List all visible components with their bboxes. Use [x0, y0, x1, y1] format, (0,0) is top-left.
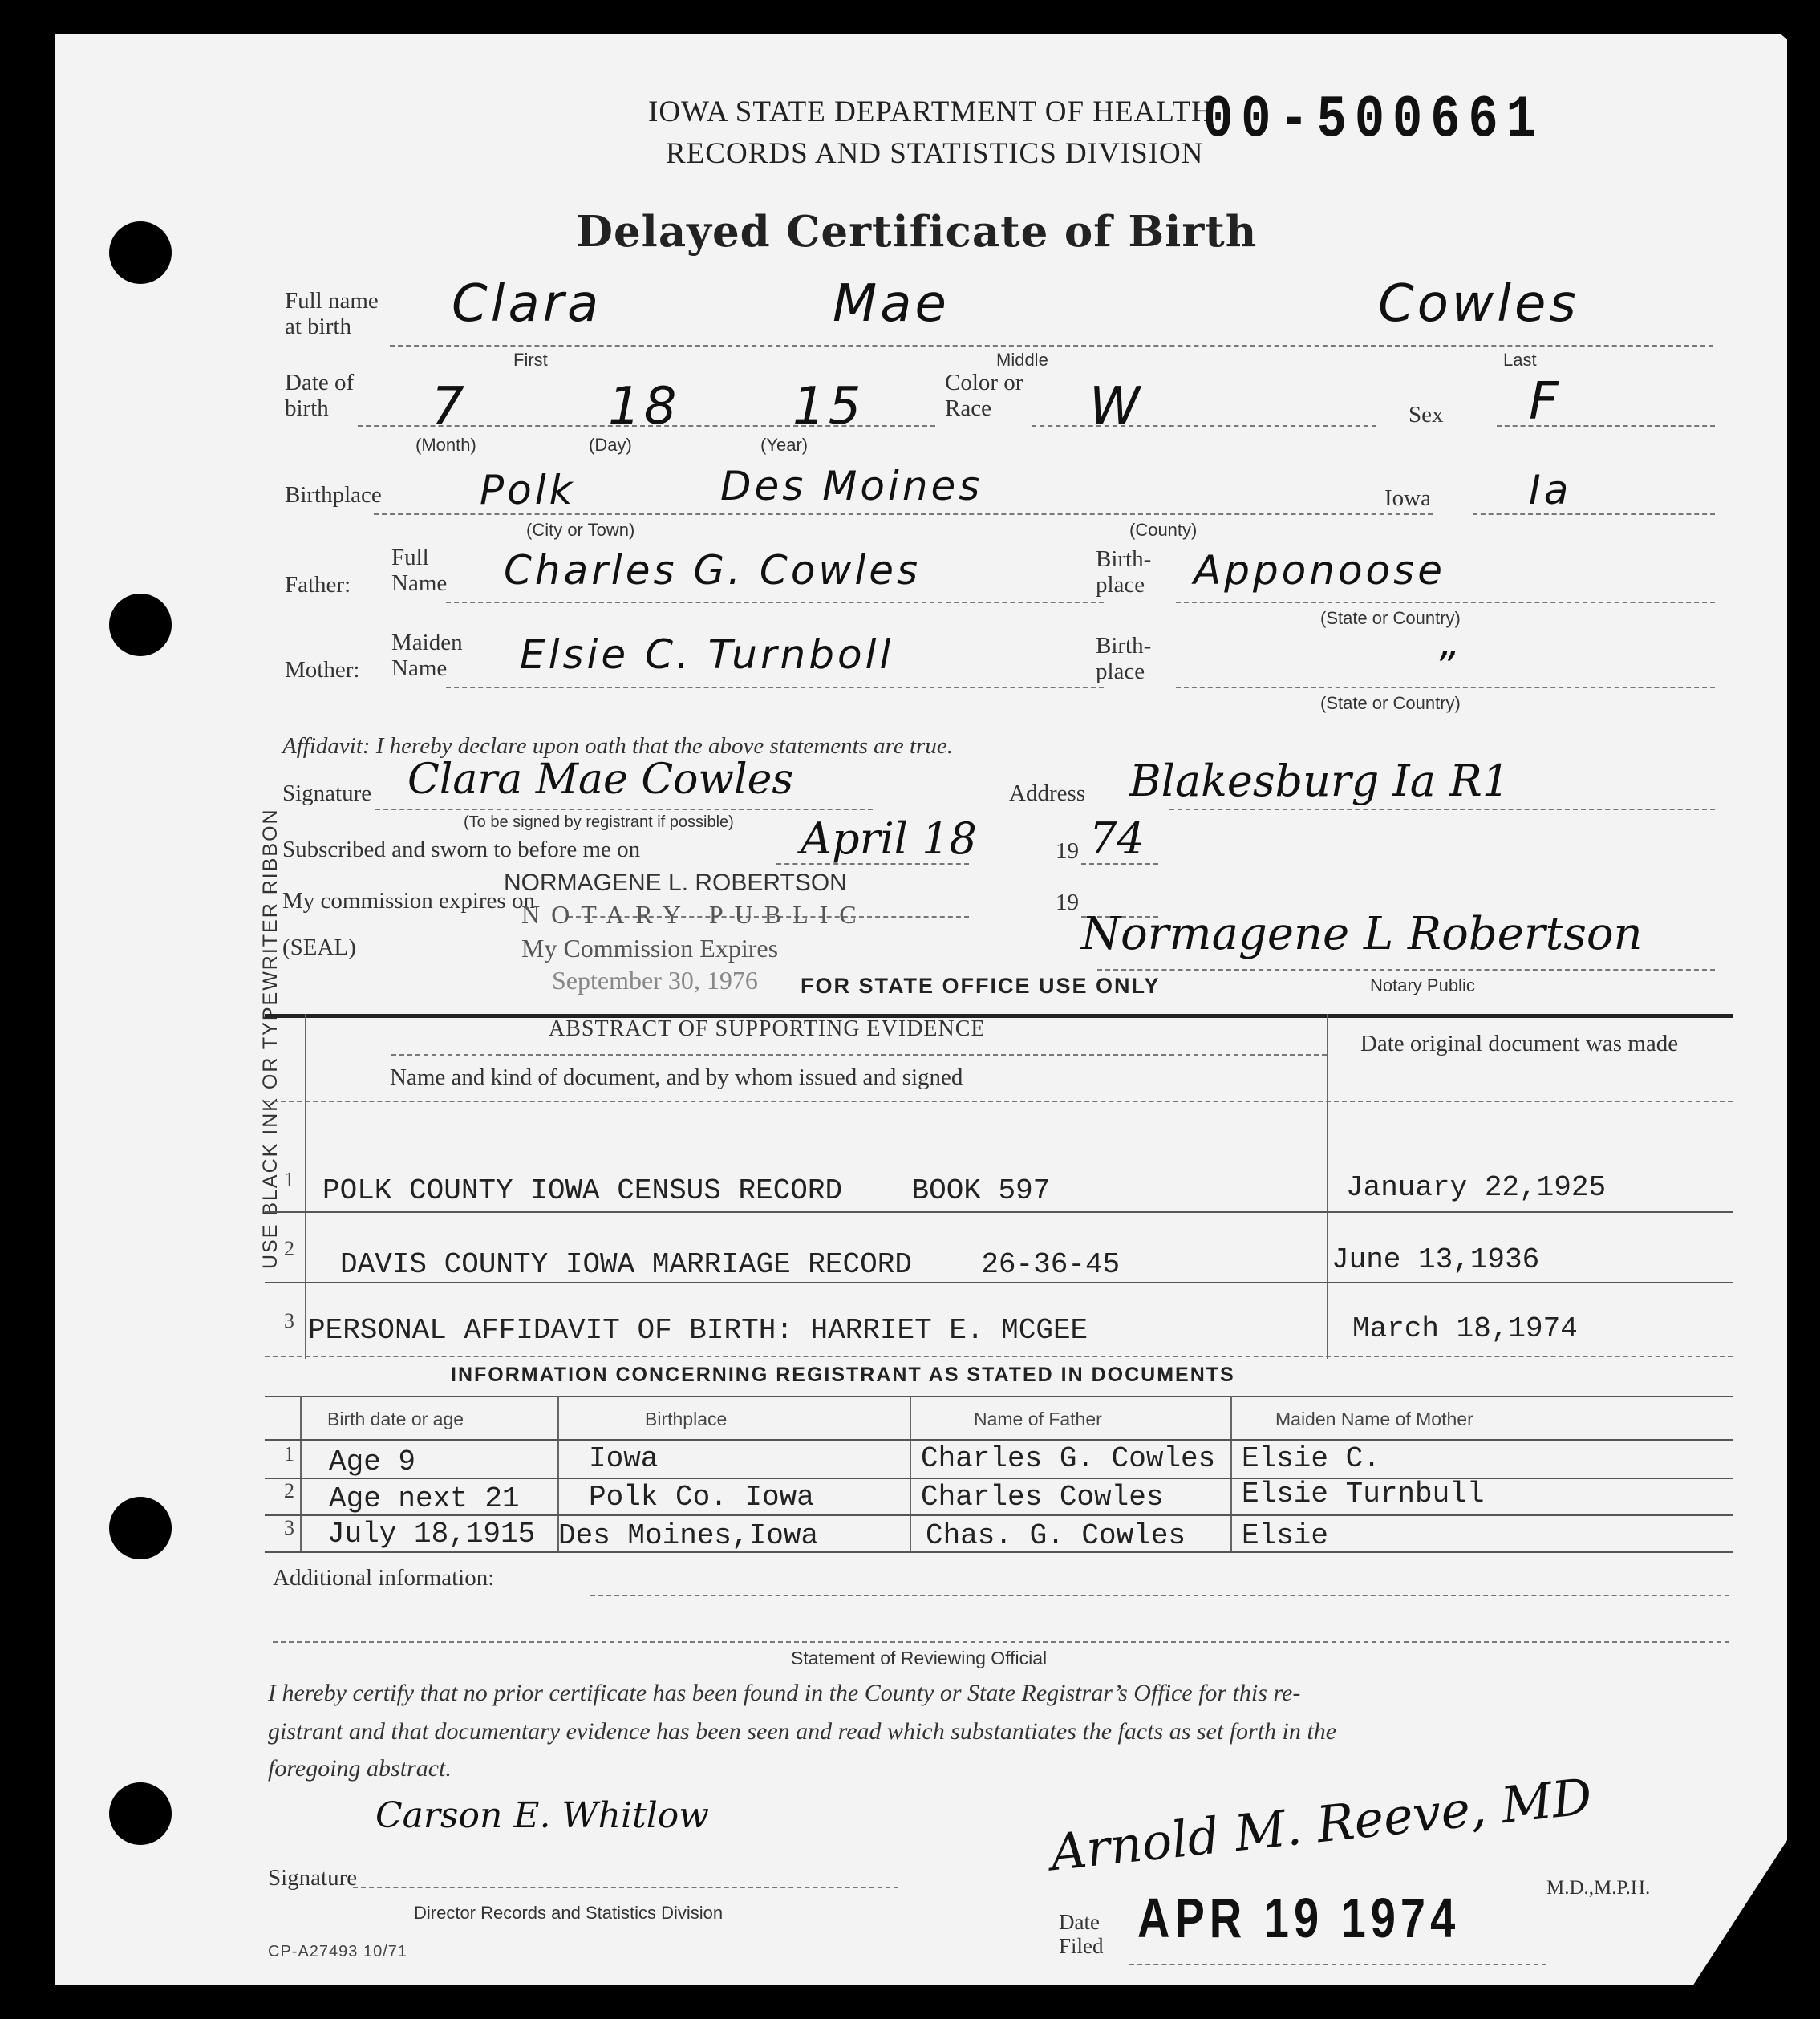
abstract-row-line: [265, 1282, 1733, 1283]
year-caption: (Year): [760, 435, 808, 456]
first-caption: First: [513, 350, 548, 371]
info-row-father: Charles Cowles: [921, 1481, 1163, 1514]
info-row-line: [265, 1478, 1733, 1479]
abstract-title-line: [391, 1054, 1327, 1056]
info-row-line: [265, 1514, 1733, 1516]
info-col-father: Name of Father: [974, 1409, 1102, 1430]
registrant-info-title: INFORMATION CONCERNING REGISTRANT AS STA…: [451, 1364, 1235, 1387]
punch-hole: [109, 594, 172, 656]
date-filed-stamp: APR 19 1974: [1137, 1885, 1460, 1950]
dob-line: [358, 425, 935, 427]
abstract-row-number: 1: [284, 1168, 294, 1192]
info-row-mother: Elsie Turnbull: [1242, 1478, 1484, 1510]
review-line-3: foregoing abstract.: [268, 1755, 452, 1782]
last-caption: Last: [1503, 350, 1537, 371]
certificate-number: 00-500661: [1203, 86, 1544, 154]
abstract-row-date: January 22,1925: [1346, 1171, 1606, 1204]
father-name-line: [446, 602, 1104, 603]
state-line: [1473, 513, 1715, 515]
mother-name-label: Maiden Name: [391, 630, 463, 682]
mother-birthplace-line: [1176, 687, 1715, 688]
margin-note: USE BLACK INK OR TYPEWRITER RIBBON: [259, 808, 282, 1269]
notary-line: [1097, 969, 1715, 971]
city-caption: (City or Town): [526, 520, 634, 541]
abstract-header-line: [265, 1101, 1733, 1102]
info-row-birth: Age 9: [329, 1445, 415, 1478]
sworn-line: [776, 863, 969, 865]
info-row-mother: Elsie: [1242, 1519, 1328, 1552]
notary-stamp-expires: My Commission Expires: [521, 934, 778, 963]
info-row-father: Chas. G. Cowles: [926, 1519, 1186, 1552]
county-caption: (County): [1129, 520, 1197, 541]
additional-info-line-2: [273, 1641, 1729, 1643]
abstract-col-date: Date original document was made: [1343, 1028, 1696, 1060]
birthplace-line: [374, 513, 1433, 515]
race-label: Color or Race: [945, 371, 1023, 422]
info-col-divider: [1230, 1396, 1232, 1551]
notary-stamp-title: NOTARY PUBLIC: [521, 900, 868, 930]
punch-hole: [109, 221, 172, 284]
info-row-birthplace: Polk Co. Iowa: [589, 1481, 814, 1514]
sworn-century: 19: [1056, 839, 1079, 865]
info-row-number: 3: [284, 1516, 294, 1540]
commission-century: 19: [1056, 890, 1079, 916]
full-name-first: Clara: [452, 274, 602, 334]
month-caption: (Month): [415, 435, 476, 456]
signature-line: [375, 809, 873, 810]
review-line-2: gistrant and that documentary evidence h…: [268, 1718, 1336, 1745]
signature-label: Signature: [282, 781, 371, 807]
punch-hole: [109, 1782, 172, 1845]
abstract-row-date: June 13,1936: [1332, 1243, 1539, 1276]
info-row-father: Charles G. Cowles: [921, 1442, 1215, 1475]
father-label: Father:: [285, 573, 351, 598]
father-name: Charles G. Cowles: [504, 547, 921, 594]
date-filed-label: Date Filed: [1059, 1911, 1104, 1958]
department-heading: IOWA STATE DEPARTMENT OF HEALTH: [648, 95, 1214, 129]
dob-month: 7: [432, 377, 468, 436]
father-name-label: Full Name: [391, 545, 447, 597]
race-value: W: [1089, 377, 1143, 436]
abstract-title: ABSTRACT OF SUPPORTING EVIDENCE: [549, 1017, 986, 1042]
abstract-row-line: [265, 1211, 1733, 1213]
info-col-divider: [910, 1396, 911, 1551]
info-top-border: [265, 1396, 1733, 1397]
mother-name: Elsie C. Turnboll: [520, 631, 894, 678]
signature-caption: (To be signed by registrant if possible): [464, 813, 734, 832]
registrant-signature: Clara Mae Cowles: [407, 756, 793, 804]
mother-birthplace: ”: [1434, 643, 1458, 690]
info-header-line: [265, 1439, 1733, 1441]
father-state-caption: (State or Country): [1320, 608, 1461, 629]
notary-stamp-name: NORMAGENE L. ROBERTSON: [504, 870, 847, 897]
full-name-label: Full name at birth: [285, 289, 379, 340]
seal-label: (SEAL): [282, 935, 356, 961]
info-row-birth: Age next 21: [329, 1482, 520, 1515]
info-row-number: 2: [284, 1479, 294, 1503]
review-title: Statement of Reviewing Official: [791, 1648, 1047, 1669]
sex-label: Sex: [1409, 403, 1444, 428]
birthplace-label: Birthplace: [285, 483, 382, 509]
middle-caption: Middle: [996, 350, 1048, 371]
division-heading: RECORDS AND STATISTICS DIVISION: [666, 136, 1203, 171]
sworn-year-line: [1081, 863, 1158, 865]
race-line: [1032, 425, 1376, 427]
director-caption: Director Records and Statistics Division: [414, 1903, 723, 1924]
full-name-middle: Mae: [833, 274, 950, 334]
father-birthplace-line: [1176, 602, 1715, 603]
signature-label-footer: Signature: [268, 1866, 357, 1891]
sworn-year: 74: [1089, 813, 1145, 864]
address-label: Address: [1009, 781, 1085, 807]
commission-label: My commission expires on: [282, 889, 535, 914]
info-row-number: 1: [284, 1442, 294, 1466]
abstract-top-border: [265, 1014, 1733, 1018]
state-office-label: FOR STATE OFFICE USE ONLY: [801, 974, 1161, 999]
credentials: M.D.,M.P.H.: [1546, 1877, 1650, 1899]
form-number: CP-A27493 10/71: [268, 1943, 407, 1961]
birthplace-county: Des Moines: [720, 463, 983, 509]
director-signature-line: [353, 1887, 898, 1888]
day-caption: (Day): [589, 435, 632, 456]
info-col-birth: Birth date or age: [327, 1409, 464, 1430]
info-col-birthplace: Birthplace: [645, 1409, 727, 1430]
review-line-1: I hereby certify that no prior certifica…: [268, 1680, 1300, 1707]
dob-day: 18: [608, 377, 679, 436]
abstract-row-document: POLK COUNTY IOWA CENSUS RECORD BOOK 597: [322, 1174, 1050, 1207]
sworn-date: April 18: [801, 813, 977, 864]
address-value: Blakesburg Ia R1: [1129, 756, 1510, 806]
sex-value: F: [1529, 372, 1562, 432]
mother-label: Mother:: [285, 658, 359, 683]
abstract-row-number: 2: [284, 1237, 294, 1261]
abstract-date-divider: [1327, 1014, 1328, 1359]
abstract-row-document: DAVIS COUNTY IOWA MARRIAGE RECORD 26-36-…: [340, 1248, 1120, 1281]
info-row-birthplace: Des Moines,Iowa: [558, 1519, 818, 1552]
notary-stamp-date: September 30, 1976: [552, 966, 758, 995]
info-col-mother: Maiden Name of Mother: [1275, 1409, 1473, 1430]
dob-year: 15: [792, 377, 864, 436]
abstract-num-divider: [305, 1014, 306, 1359]
director-signature: Carson E. Whitlow: [375, 1795, 709, 1836]
notary-caption: Notary Public: [1370, 975, 1475, 996]
sworn-label: Subscribed and sworn to before me on: [282, 837, 640, 863]
official-signature: Arnold M. Reeve, MD: [1048, 1767, 1595, 1882]
father-birthplace-label: Birth- place: [1096, 547, 1151, 598]
additional-info-line: [590, 1595, 1729, 1596]
info-num-divider: [300, 1396, 302, 1551]
mother-state-caption: (State or Country): [1320, 693, 1461, 714]
additional-info-label: Additional information:: [273, 1566, 494, 1591]
notary-signature: Normagene L Robertson: [1081, 908, 1643, 960]
abstract-row-number: 3: [284, 1309, 294, 1333]
certificate-page: USE BLACK INK OR TYPEWRITER RIBBON IOWA …: [55, 34, 1787, 1985]
punch-hole: [109, 1497, 172, 1559]
info-bottom-line: [265, 1551, 1733, 1553]
abstract-row-date: March 18,1974: [1352, 1312, 1578, 1345]
dob-label: Date of birth: [285, 371, 354, 422]
info-row-mother: Elsie C.: [1242, 1442, 1380, 1475]
date-filed-line: [1129, 1964, 1546, 1965]
father-birthplace: Apponoose: [1194, 547, 1445, 594]
page-title: Delayed Certificate of Birth: [576, 207, 1257, 257]
state-value: Ia: [1529, 467, 1571, 513]
state-label: Iowa: [1384, 486, 1431, 512]
mother-name-line: [446, 687, 1104, 688]
abstract-bottom-line: [265, 1356, 1733, 1357]
birthplace-city: Polk: [480, 467, 576, 513]
info-row-birth: July 18,1915: [327, 1518, 535, 1551]
full-name-last: Cowles: [1378, 274, 1579, 334]
mother-birthplace-label: Birth- place: [1096, 634, 1151, 685]
sex-line: [1497, 425, 1715, 427]
abstract-row-document: PERSONAL AFFIDAVIT OF BIRTH: HARRIET E. …: [308, 1314, 1088, 1347]
full-name-line: [390, 345, 1713, 347]
info-row-birthplace: Iowa: [589, 1442, 658, 1475]
address-line: [1169, 809, 1715, 810]
abstract-col-document: Name and kind of document, and by whom i…: [390, 1065, 963, 1091]
